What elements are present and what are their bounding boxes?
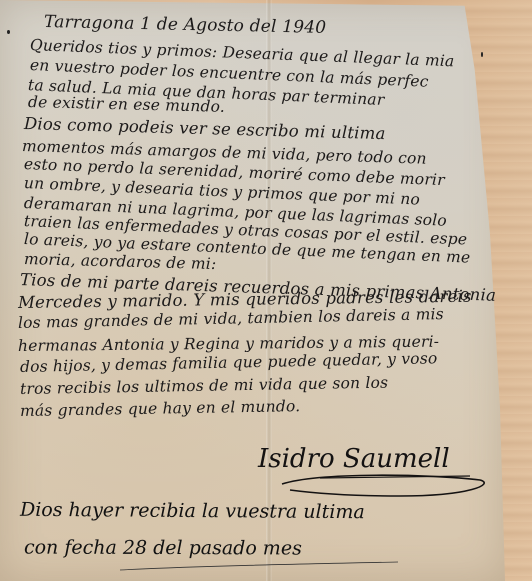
ink-speck [7,30,10,34]
letter-line: de existir en ese mundo. [28,93,225,116]
postscript-line: Dios hayer recibia la vuestra ultima [20,499,365,523]
letter-heading-date: Tarragona 1 de Agosto del 1940 [44,12,327,38]
handwritten-letter: Tarragona 1 de Agosto del 1940 Queridos … [0,0,505,581]
ink-speck [481,52,483,57]
letter-line: moria, acordaros de mi: [24,250,217,273]
postscript-underline [120,560,400,572]
letter-line: tros recibis los ultimos de mi vida que … [20,374,389,398]
signature-flourish [280,470,490,500]
postscript-line: con fecha 28 del pasado mes [24,537,302,560]
letter-line: más grandes que hay en el mundo. [20,397,301,420]
